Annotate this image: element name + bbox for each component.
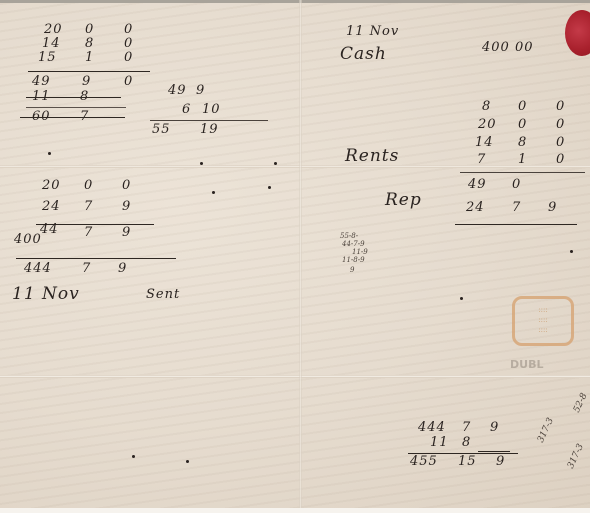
top-edge bbox=[0, 0, 590, 3]
strike-line bbox=[26, 97, 121, 98]
amount-pounds: 24 bbox=[42, 199, 61, 214]
sum-rule bbox=[28, 71, 150, 72]
bottom-edge bbox=[0, 508, 590, 513]
pencil-line: 9 bbox=[350, 266, 354, 274]
rep-pounds: 24 bbox=[466, 200, 485, 215]
subtotal-pence: 0 bbox=[124, 74, 133, 89]
total-shillings: 19 bbox=[200, 122, 219, 137]
total-shillings: 15 bbox=[458, 454, 477, 469]
fold-line-upper bbox=[0, 165, 590, 168]
amount-pounds: 11 bbox=[430, 435, 449, 450]
amount-pence: 0 bbox=[556, 135, 565, 150]
amount-pence: 0 bbox=[556, 117, 565, 132]
amount-pounds: 15 bbox=[38, 50, 57, 65]
sum-pence: 9 bbox=[122, 225, 131, 240]
subtotal-shillings: 9 bbox=[82, 74, 91, 89]
amount-shillings: 0 bbox=[84, 178, 93, 193]
ink-spot bbox=[132, 455, 135, 458]
ink-spot bbox=[212, 191, 215, 194]
rep-shillings: 7 bbox=[512, 200, 521, 215]
ink-spot bbox=[268, 186, 271, 189]
total-pounds: 455 bbox=[410, 454, 438, 469]
amount-pounds: 7 bbox=[477, 152, 486, 167]
fold-line-lower bbox=[0, 375, 590, 378]
postal-stamp: :::: :::: :::: bbox=[512, 296, 574, 346]
fold-line-vertical bbox=[299, 0, 302, 513]
subtotal-shillings: 0 bbox=[512, 177, 521, 192]
ink-spot bbox=[274, 162, 277, 165]
amount-shillings: 1 bbox=[85, 50, 94, 65]
ink-spot bbox=[200, 162, 203, 165]
amount-pence: 0 bbox=[556, 99, 565, 114]
amount-shillings: 9 bbox=[196, 83, 205, 98]
total-pounds: 55 bbox=[152, 122, 171, 137]
amount-pence: 9 bbox=[490, 420, 499, 435]
stamp-line: :::: bbox=[515, 315, 571, 325]
amount-shillings: 8 bbox=[518, 135, 527, 150]
margin-note: 400 bbox=[14, 232, 42, 247]
rep-pence: 9 bbox=[548, 200, 557, 215]
amount-pounds: 20 bbox=[44, 22, 63, 37]
amount-pounds: 444 bbox=[418, 420, 446, 435]
ink-spot bbox=[460, 297, 463, 300]
amount-shillings: 10 bbox=[202, 102, 221, 117]
amount-pounds: 8 bbox=[482, 99, 491, 114]
total-shillings: 7 bbox=[82, 261, 91, 276]
amount-shillings: 8 bbox=[462, 435, 471, 450]
sum-shillings: 7 bbox=[84, 225, 93, 240]
sum-pounds: 44 bbox=[40, 222, 59, 237]
pencil-line: 55-8- bbox=[340, 232, 358, 240]
amount-pounds: 49 bbox=[168, 83, 187, 98]
rents-label: Rents bbox=[345, 146, 399, 166]
strike-line bbox=[20, 117, 125, 118]
amount-shillings: 0 bbox=[518, 117, 527, 132]
subtotal-pounds: 49 bbox=[468, 177, 487, 192]
amount-pence: 0 bbox=[124, 36, 133, 51]
entry-date: 11 Nov bbox=[346, 24, 399, 39]
sum-rule bbox=[150, 120, 268, 121]
stamp-line: :::: bbox=[515, 325, 571, 335]
amount-pence: 0 bbox=[124, 22, 133, 37]
amount-pence: 9 bbox=[122, 199, 131, 214]
amount-pounds: 20 bbox=[478, 117, 497, 132]
amount-pounds: 14 bbox=[475, 135, 494, 150]
faint-imprint: DUBL bbox=[510, 358, 543, 371]
amount-pence: 0 bbox=[556, 152, 565, 167]
amount-pounds: 14 bbox=[42, 36, 61, 51]
underline bbox=[478, 451, 510, 452]
amount-shillings: 0 bbox=[518, 99, 527, 114]
amount-shillings: 8 bbox=[85, 36, 94, 51]
sum-rule bbox=[460, 172, 585, 173]
ink-spot bbox=[48, 152, 51, 155]
amount-pence: 0 bbox=[124, 50, 133, 65]
pencil-line: 11-8-9 bbox=[342, 256, 365, 264]
amount-shillings: 1 bbox=[518, 152, 527, 167]
amount-pence: 0 bbox=[122, 178, 131, 193]
total-pence: 9 bbox=[496, 454, 505, 469]
sum-rule bbox=[16, 258, 176, 259]
entry-label: Cash bbox=[340, 44, 387, 64]
sum-rule bbox=[455, 224, 577, 225]
amount-shillings: 0 bbox=[85, 22, 94, 37]
pencil-line: 11-9 bbox=[352, 248, 368, 256]
amount-pounds: 6 bbox=[182, 102, 191, 117]
footer-label: Sent bbox=[146, 287, 180, 302]
amount-shillings: 7 bbox=[462, 420, 471, 435]
pencil-line: 44-7-9 bbox=[342, 240, 365, 248]
ink-spot bbox=[186, 460, 189, 463]
total-pence: 9 bbox=[118, 261, 127, 276]
sum-rule bbox=[26, 107, 126, 108]
footer-date: 11 Nov bbox=[12, 284, 80, 304]
amount-pounds: 20 bbox=[42, 178, 61, 193]
amount-shillings: 7 bbox=[84, 199, 93, 214]
rep-label: Rep bbox=[385, 190, 422, 210]
subtotal-pounds: 49 bbox=[32, 74, 51, 89]
entry-amount: 400 00 bbox=[482, 40, 534, 55]
total-pounds: 444 bbox=[24, 261, 52, 276]
stamp-line: :::: bbox=[515, 305, 571, 315]
ink-spot bbox=[570, 250, 573, 253]
